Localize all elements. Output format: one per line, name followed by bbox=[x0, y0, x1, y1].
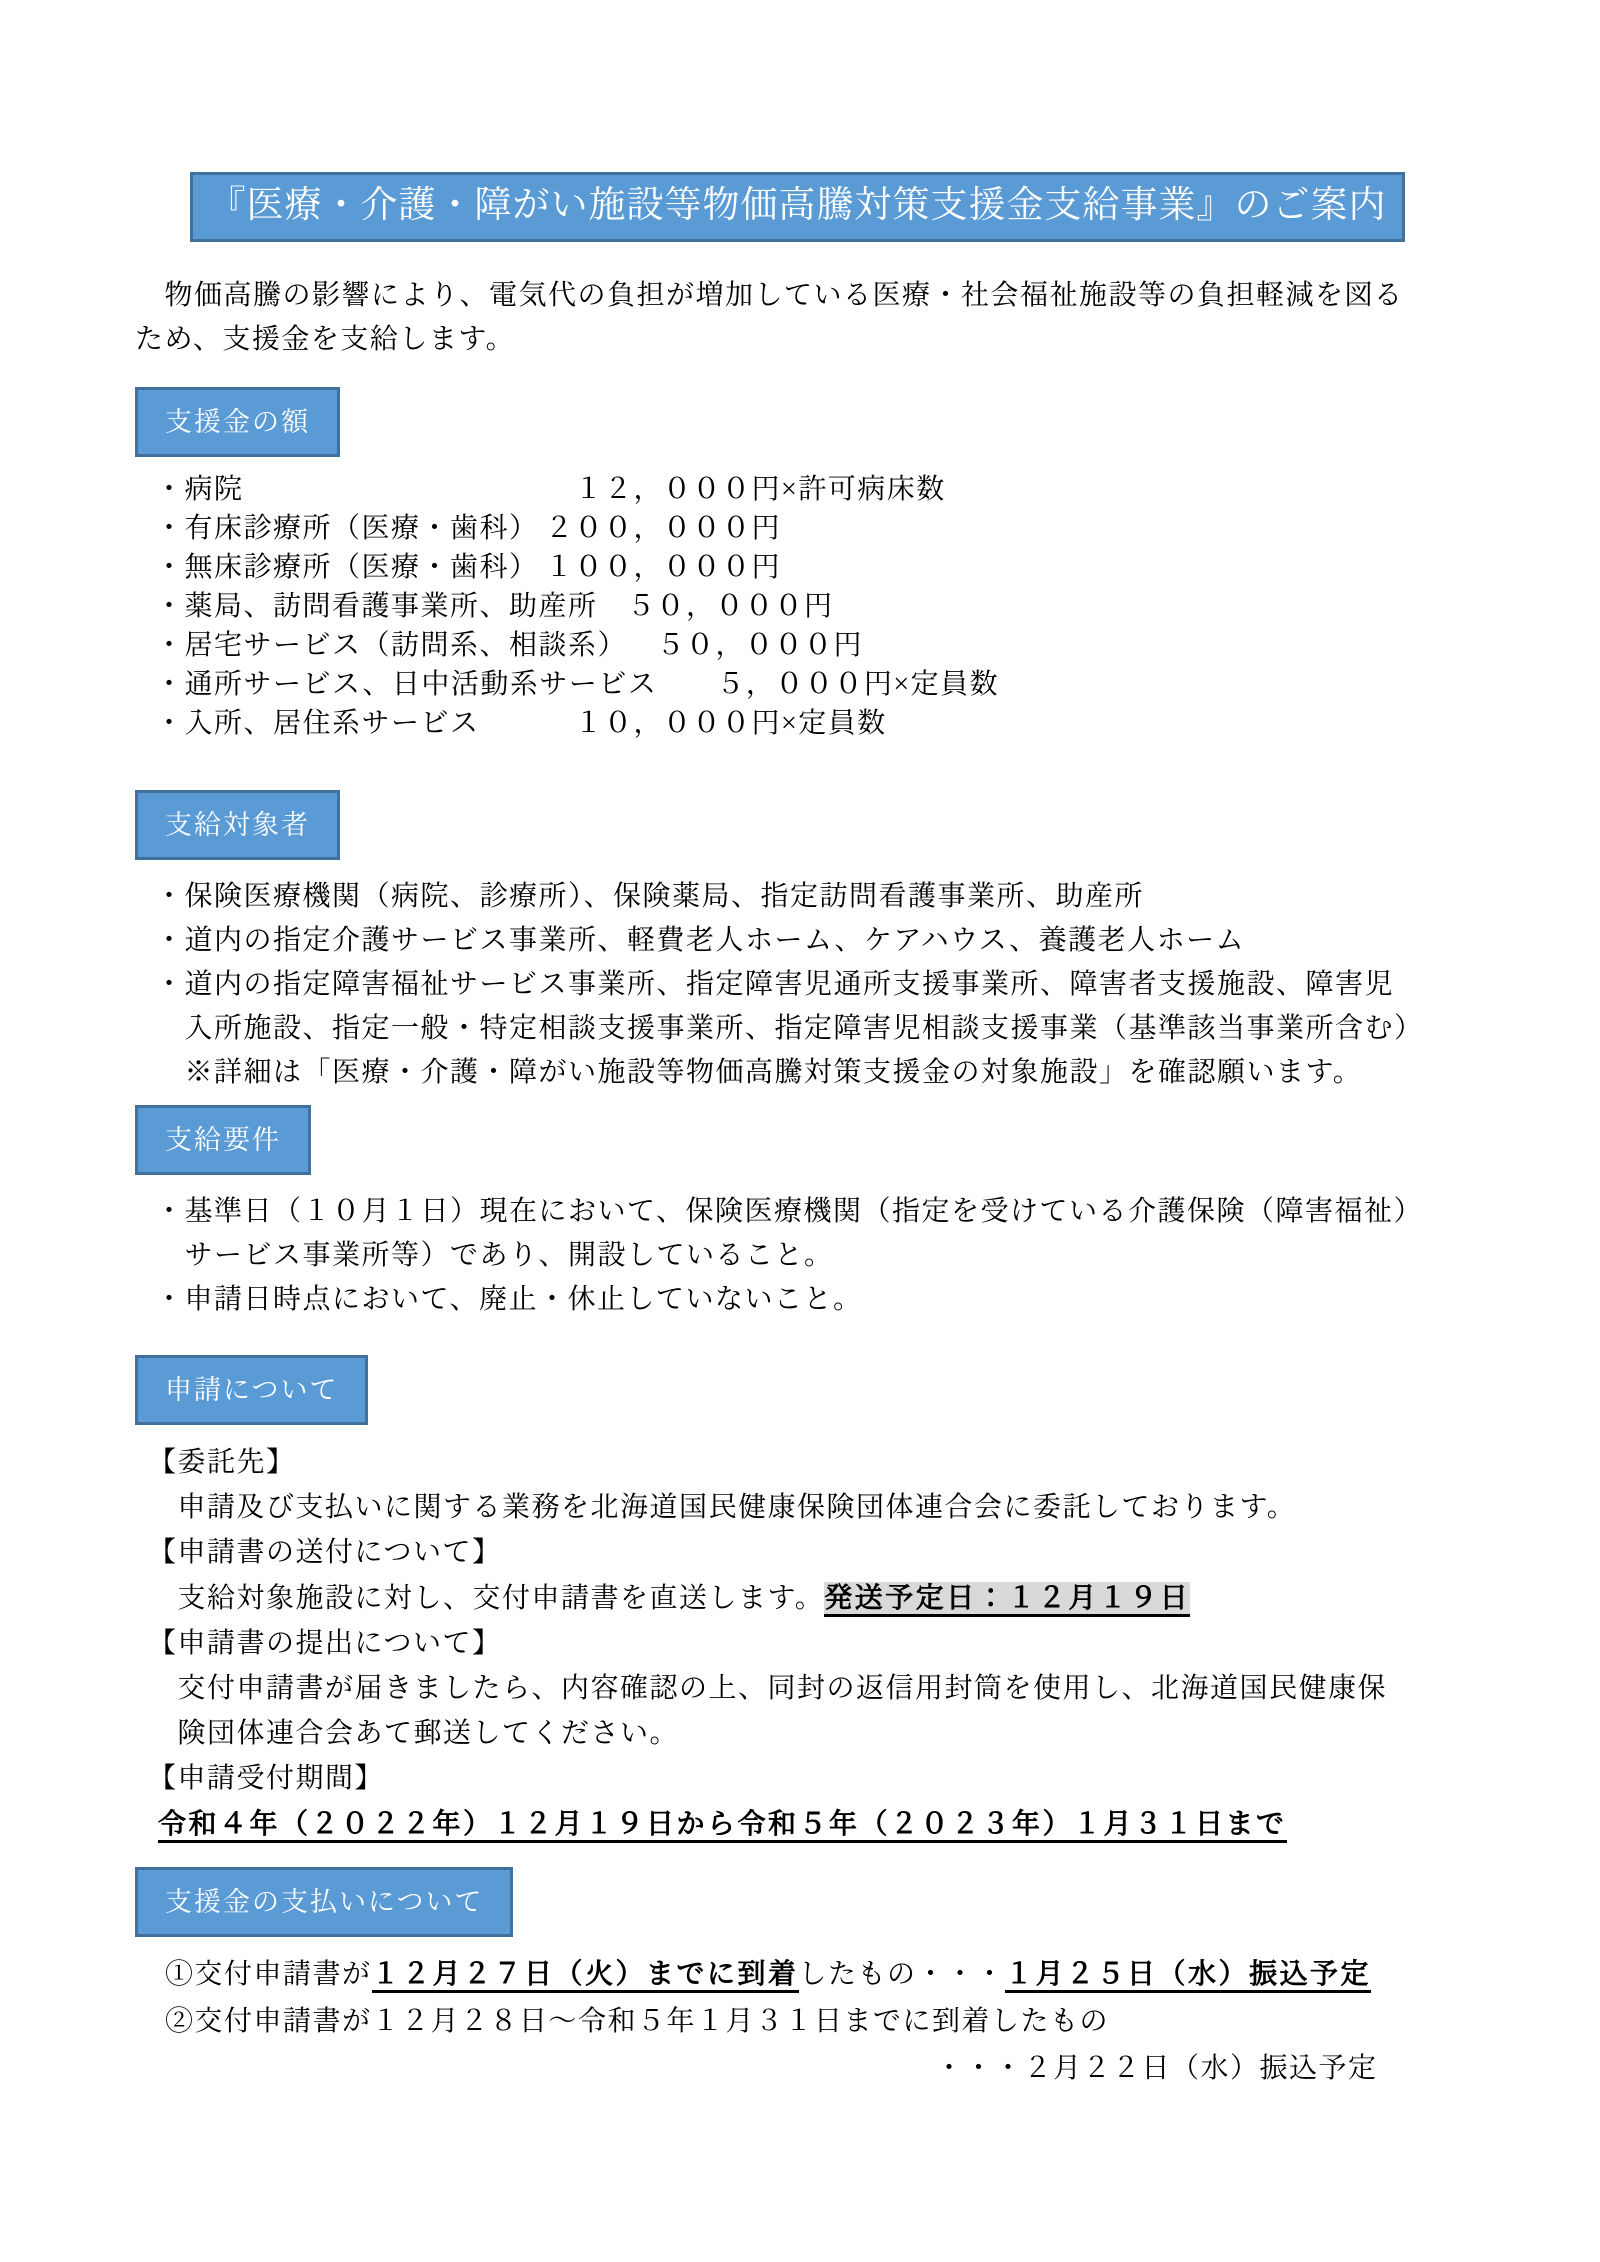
emphasis-segment: 令和４年（２０２２年）１２月１９日から令和５年（２０２３年）１月３１日まで bbox=[158, 1808, 1287, 1843]
payment-line: ・・・２月２２日（水）振込予定 bbox=[935, 2045, 1470, 2092]
application-line: 支給対象施設に対し、交付申請書を直送します。発送予定日：１２月１９日 bbox=[148, 1575, 1470, 1621]
section-application: 申請について bbox=[135, 1355, 1470, 1425]
application-line: 【申請書の提出について】 bbox=[148, 1621, 1470, 1666]
amount-value: ２００，０００円 bbox=[545, 509, 781, 548]
section-heading-requirements: 支給要件 bbox=[135, 1105, 311, 1175]
amount-value: ５０，０００円 bbox=[627, 626, 863, 665]
application-line: 【申請書の送付について】 bbox=[148, 1530, 1470, 1575]
intro-line: 物価高騰の影響により、電気代の負担が増加している医療・社会福祉施設等の負担軽減を… bbox=[135, 274, 1470, 318]
amount-row: ・有床診療所（医療・歯科）２００，０００円 bbox=[155, 509, 1470, 548]
amount-row: ・無床診療所（医療・歯科）１００，０００円 bbox=[155, 548, 1470, 587]
emphasis-segment: １２月２７日（火）までに到着 bbox=[372, 1958, 799, 1993]
text-segment: ・・・２月２２日（水）振込予定 bbox=[935, 2053, 1378, 2084]
requirements-line: ・申請日時点において、廃止・休止していないこと。 bbox=[155, 1278, 1470, 1322]
section-heading-recipients: 支給対象者 bbox=[135, 790, 340, 860]
text-segment: ②交付申請書が１２月２８日～令和５年１月３１日までに到着したもの bbox=[165, 2006, 1109, 2037]
recipients-line: ・道内の指定介護サービス事業所、軽費老人ホーム、ケアハウス、養護老人ホーム bbox=[155, 919, 1470, 963]
section-requirements: 支給要件 bbox=[135, 1105, 1470, 1175]
text-segment: 【委託先】 bbox=[148, 1447, 296, 1478]
application-line: 【申請受付期間】 bbox=[148, 1756, 1470, 1801]
page-title: 『医療・介護・障がい施設等物価高騰対策支援金支給事業』のご案内 bbox=[190, 172, 1405, 242]
text-segment: 【申請書の提出について】 bbox=[148, 1628, 501, 1659]
requirements-line: ・基準日（１０月１日）現在において、保険医療機関（指定を受けている介護保険（障害… bbox=[155, 1190, 1470, 1234]
amount-list: ・病院 １２，０００円×許可病床数・有床診療所（医療・歯科）２００，０００円・無… bbox=[155, 470, 1470, 743]
amount-label: ・薬局、訪問看護事業所、助産所 bbox=[155, 587, 598, 626]
section-payment: 支援金の支払いについて bbox=[135, 1867, 1470, 1937]
amount-value: １２，０００円×許可病床数 bbox=[545, 470, 946, 509]
text-segment: ①交付申請書が bbox=[165, 1959, 372, 1990]
section-heading-payment: 支援金の支払いについて bbox=[135, 1867, 513, 1937]
text-segment: したもの・・・ bbox=[799, 1959, 1006, 1990]
page: 『医療・介護・障がい施設等物価高騰対策支援金支給事業』のご案内 物価高騰の影響に… bbox=[0, 0, 1600, 2262]
emphasis-segment: 発送予定日：１２月１９日 bbox=[824, 1582, 1190, 1617]
text-segment: 申請及び支払いに関する業務を北海道国民健康保険団体連合会に委託しております。 bbox=[148, 1492, 1296, 1523]
application-line: 【委託先】 bbox=[148, 1440, 1470, 1485]
amount-label: ・有床診療所（医療・歯科） bbox=[155, 509, 545, 548]
text-segment: 交付申請書が届きましたら、内容確認の上、同封の返信用封筒を使用し、北海道国民健康… bbox=[148, 1673, 1387, 1704]
amount-value: ５０，０００円 bbox=[598, 587, 834, 626]
amount-label: ・無床診療所（医療・歯科） bbox=[155, 548, 545, 587]
text-segment: 【申請受付期間】 bbox=[148, 1763, 384, 1794]
document-page: { "colors": { "heading_fill": "#5b9bd5",… bbox=[0, 0, 1600, 2262]
intro-line: ため、支援金を支給します。 bbox=[135, 318, 1470, 362]
requirements-line: サービス事業所等）であり、開設していること。 bbox=[155, 1234, 1470, 1278]
section-amount: 支援金の額 bbox=[135, 387, 1470, 457]
amount-label: ・入所、居住系サービス bbox=[155, 704, 545, 743]
payment-line: ②交付申請書が１２月２８日～令和５年１月３１日までに到着したもの bbox=[165, 1998, 1470, 2045]
amount-label: ・居宅サービス（訪問系、相談系） bbox=[155, 626, 627, 665]
text-segment: 険団体連合会あて郵送してください。 bbox=[148, 1718, 679, 1749]
recipients-line: 入所施設、指定一般・特定相談支援事業所、指定障害児相談支援事業（基準該当事業所含… bbox=[155, 1007, 1470, 1051]
recipients-list: ・保険医療機関（病院、診療所）、保険薬局、指定訪問看護事業所、助産所・道内の指定… bbox=[155, 875, 1470, 1095]
recipients-line: ・道内の指定障害福祉サービス事業所、指定障害児通所支援事業所、障害者支援施設、障… bbox=[155, 963, 1470, 1007]
amount-label: ・通所サービス、日中活動系サービス bbox=[155, 665, 657, 704]
amount-row: ・病院 １２，０００円×許可病床数 bbox=[155, 470, 1470, 509]
text-segment: 支給対象施設に対し、交付申請書を直送します。 bbox=[148, 1583, 824, 1614]
section-heading-application: 申請について bbox=[135, 1355, 368, 1425]
recipients-line: ※詳細は「医療・介護・障がい施設等物価高騰対策支援金の対象施設」を確認願います。 bbox=[155, 1051, 1470, 1095]
amount-row: ・通所サービス、日中活動系サービス ５，０００円×定員数 bbox=[155, 665, 1470, 704]
recipients-line: ・保険医療機関（病院、診療所）、保険薬局、指定訪問看護事業所、助産所 bbox=[155, 875, 1470, 919]
amount-value: ５，０００円×定員数 bbox=[657, 665, 999, 704]
section-heading-amount: 支援金の額 bbox=[135, 387, 340, 457]
amount-row: ・居宅サービス（訪問系、相談系） ５０，０００円 bbox=[155, 626, 1470, 665]
application-line: 交付申請書が届きましたら、内容確認の上、同封の返信用封筒を使用し、北海道国民健康… bbox=[148, 1666, 1470, 1711]
amount-row: ・入所、居住系サービス １０，０００円×定員数 bbox=[155, 704, 1470, 743]
section-recipients: 支給対象者 bbox=[135, 790, 1470, 860]
application-line: 令和４年（２０２２年）１２月１９日から令和５年（２０２３年）１月３１日まで bbox=[158, 1801, 1470, 1847]
amount-value: １００，０００円 bbox=[545, 548, 781, 587]
application-line: 険団体連合会あて郵送してください。 bbox=[148, 1711, 1470, 1756]
intro-paragraph: 物価高騰の影響により、電気代の負担が増加している医療・社会福祉施設等の負担軽減を… bbox=[135, 274, 1470, 362]
text-segment: 【申請書の送付について】 bbox=[148, 1537, 501, 1568]
requirements-list: ・基準日（１０月１日）現在において、保険医療機関（指定を受けている介護保険（障害… bbox=[155, 1190, 1470, 1322]
payment-block: ①交付申請書が１２月２７日（火）までに到着したもの・・・１月２５日（水）振込予定… bbox=[165, 1950, 1470, 2092]
application-line: 申請及び支払いに関する業務を北海道国民健康保険団体連合会に委託しております。 bbox=[148, 1485, 1470, 1530]
amount-label: ・病院 bbox=[155, 470, 545, 509]
amount-value: １０，０００円×定員数 bbox=[545, 704, 887, 743]
payment-line: ①交付申請書が１２月２７日（火）までに到着したもの・・・１月２５日（水）振込予定 bbox=[165, 1950, 1470, 1998]
emphasis-segment: １月２５日（水）振込予定 bbox=[1005, 1958, 1371, 1993]
amount-row: ・薬局、訪問看護事業所、助産所 ５０，０００円 bbox=[155, 587, 1470, 626]
application-block: 【委託先】 申請及び支払いに関する業務を北海道国民健康保険団体連合会に委託してお… bbox=[148, 1440, 1470, 1847]
